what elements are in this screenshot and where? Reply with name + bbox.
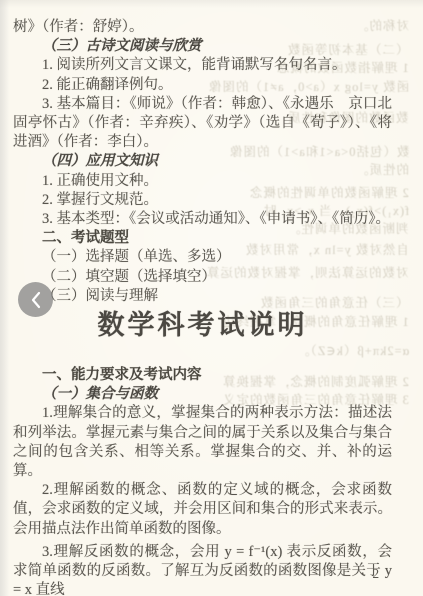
section-heading-requirements: 一、能力要求及考试内容 — [13, 366, 392, 385]
paragraph: 3.理解反函数的概念，会用 y = f⁻¹(x) 表示反函数，会求简单函数的反函… — [13, 543, 392, 596]
list-item: （三）阅读与理解 — [13, 287, 392, 306]
list-item: 3. 基本篇目：《师说》（作者：韩愈）、《永遇乐 京口北固亭怀古》（作者：辛弃疾… — [13, 95, 392, 153]
list-item: 1. 阅读所列文言文课文，能背诵默写名句名言。 — [13, 56, 392, 75]
scanned-page-view: 对称的。（二）基本初等函数1 理解指数函数的概念函数 y=log x（a>0，a… — [0, 0, 423, 596]
previous-page-button[interactable] — [18, 282, 53, 317]
section-heading-exam-types: 二、考试题型 — [13, 229, 392, 248]
page-title-math-exam: 数学科考试说明 — [13, 316, 392, 352]
list-item: 2. 能正确翻译例句。 — [13, 76, 392, 95]
section-heading-reading: （三）古诗文阅读与欣赏 — [13, 37, 392, 56]
body-line-continuation: 树》（作者：舒婷）。 — [13, 18, 392, 37]
paragraph: 1.理解集合的意义，掌握集合的两种表示方法：描述法和列举法。掌握元素与集合之间的… — [13, 404, 392, 481]
paragraph: 2.理解函数的概念、函数的定义域的概念，会求函数值，会求函数的定义域，并会用区间… — [13, 481, 392, 539]
list-item: 3. 基本类型：《会议或活动通知》、《申请书》、《简历》。 — [13, 210, 392, 229]
list-item: （二）填空题（选择填空） — [13, 268, 392, 287]
paper-edge-left — [0, 0, 9, 596]
list-item: 2. 掌握行文规范。 — [13, 191, 392, 210]
list-item: 1. 正确使用文种。 — [13, 172, 392, 191]
subsection-heading-sets-functions: （一）集合与函数 — [13, 385, 392, 404]
page-number: · 2 · — [361, 566, 394, 582]
paper-edge-top — [0, 0, 423, 8]
page-content: 树》（作者：舒婷）。 （三）古诗文阅读与欣赏 1. 阅读所列文言文课文，能背诵默… — [13, 18, 392, 596]
list-item: （一）选择题（单选、多选） — [13, 248, 392, 267]
spacer — [13, 352, 392, 366]
section-heading-applied-writing: （四）应用文知识 — [13, 152, 392, 171]
chevron-left-icon — [29, 291, 43, 309]
